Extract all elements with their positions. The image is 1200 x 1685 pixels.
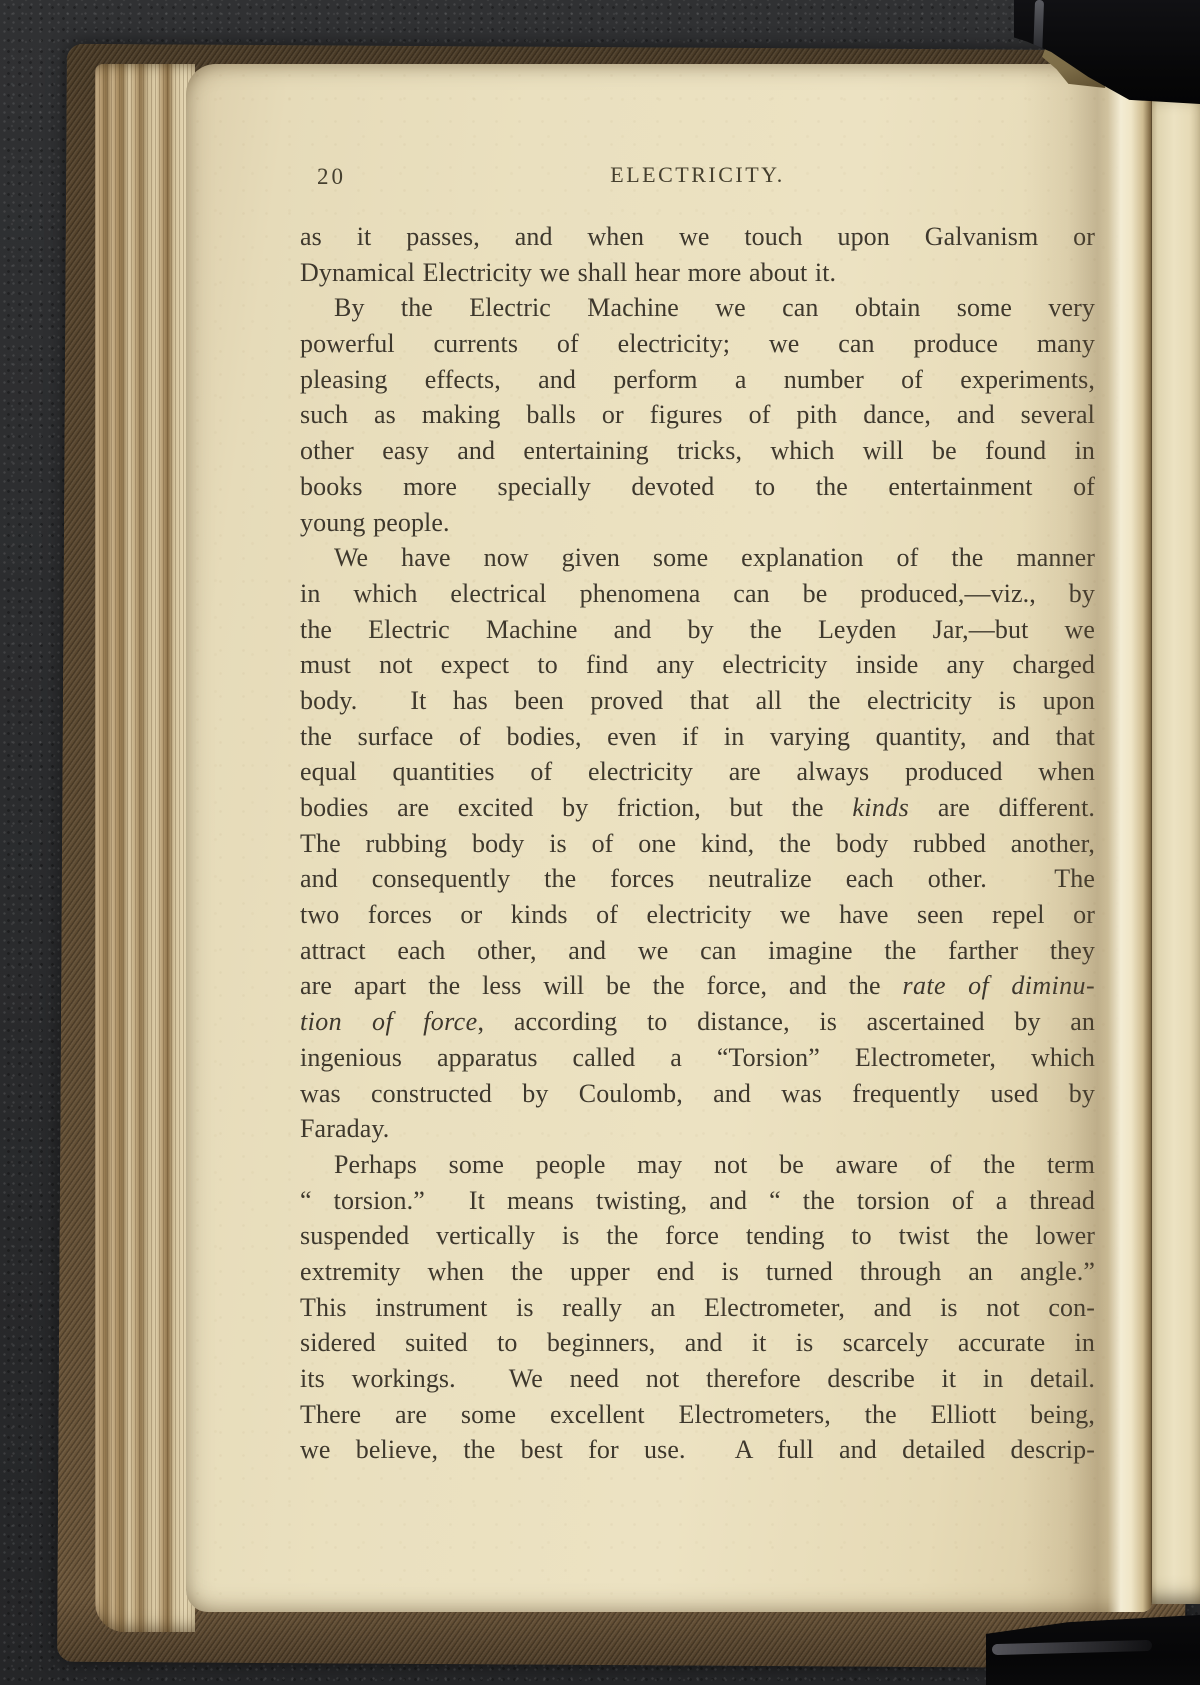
text-line: attract each other, and we can imagine t… bbox=[300, 933, 1095, 969]
text-line: such as making balls or figures of pith … bbox=[300, 397, 1095, 433]
chapter-header: ELECTRICITY. bbox=[300, 162, 1095, 188]
text-line: and consequently the forces neutralize e… bbox=[300, 861, 1095, 897]
book-scan-photo: 20 ELECTRICITY. as it passes, and when w… bbox=[0, 0, 1200, 1685]
text-line: are apart the less will be the force, an… bbox=[300, 968, 1095, 1004]
text-line: two forces or kinds of electricity we ha… bbox=[300, 897, 1095, 933]
text-line: in which electrical phenomena can be pro… bbox=[300, 576, 1095, 612]
text-line: sidered suited to beginners, and it is s… bbox=[300, 1325, 1095, 1361]
text-line: tion of force, according to distance, is… bbox=[300, 1004, 1095, 1040]
text-line: equal quantities of electricity are alwa… bbox=[300, 754, 1095, 790]
facing-page-edge bbox=[1148, 86, 1200, 1604]
text-line: other easy and entertaining tricks, whic… bbox=[300, 433, 1095, 469]
text-line: Perhaps some people may not be aware of … bbox=[300, 1147, 1095, 1183]
text-line: suspended vertically is the force tendin… bbox=[300, 1218, 1095, 1254]
text-line: bodies are excited by friction, but the … bbox=[300, 790, 1095, 826]
text-line: powerful currents of electricity; we can… bbox=[300, 326, 1095, 362]
text-line: body. It has been proved that all the el… bbox=[300, 683, 1095, 719]
text-line: “ torsion.” It means twisting, and “ the… bbox=[300, 1183, 1095, 1219]
text-line: books more specially devoted to the ente… bbox=[300, 469, 1095, 505]
text-line: must not expect to find any electricity … bbox=[300, 647, 1095, 683]
book-page: 20 ELECTRICITY. as it passes, and when w… bbox=[186, 64, 1152, 1612]
page-edges-stack bbox=[95, 64, 195, 1632]
text-line: was constructed by Coulomb, and was freq… bbox=[300, 1076, 1095, 1112]
text-line: The rubbing body is of one kind, the bod… bbox=[300, 826, 1095, 862]
text-line: as it passes, and when we touch upon Gal… bbox=[300, 219, 1095, 255]
text-line: the surface of bodies, even if in varyin… bbox=[300, 719, 1095, 755]
text-line: pleasing effects, and perform a number o… bbox=[300, 362, 1095, 398]
text-line: its workings. We need not therefore desc… bbox=[300, 1361, 1095, 1397]
text-line: Faraday. bbox=[300, 1111, 1095, 1147]
text-line: ingenious apparatus called a “Torsion” E… bbox=[300, 1040, 1095, 1076]
text-line: young people. bbox=[300, 505, 1095, 541]
body-text-block: as it passes, and when we touch upon Gal… bbox=[300, 219, 1095, 1468]
text-line: This instrument is really an Electromete… bbox=[300, 1290, 1095, 1326]
text-line: We have now given some explanation of th… bbox=[300, 540, 1095, 576]
running-head: 20 ELECTRICITY. bbox=[186, 160, 1152, 194]
text-line: By the Electric Machine we can obtain so… bbox=[300, 290, 1095, 326]
text-line: we believe, the best for use. A full and… bbox=[300, 1432, 1095, 1468]
text-line: Dynamical Electricity we shall hear more… bbox=[300, 255, 1095, 291]
text-line: There are some excellent Electrometers, … bbox=[300, 1397, 1095, 1433]
text-line: extremity when the upper end is turned t… bbox=[300, 1254, 1095, 1290]
text-line: the Electric Machine and by the Leyden J… bbox=[300, 612, 1095, 648]
